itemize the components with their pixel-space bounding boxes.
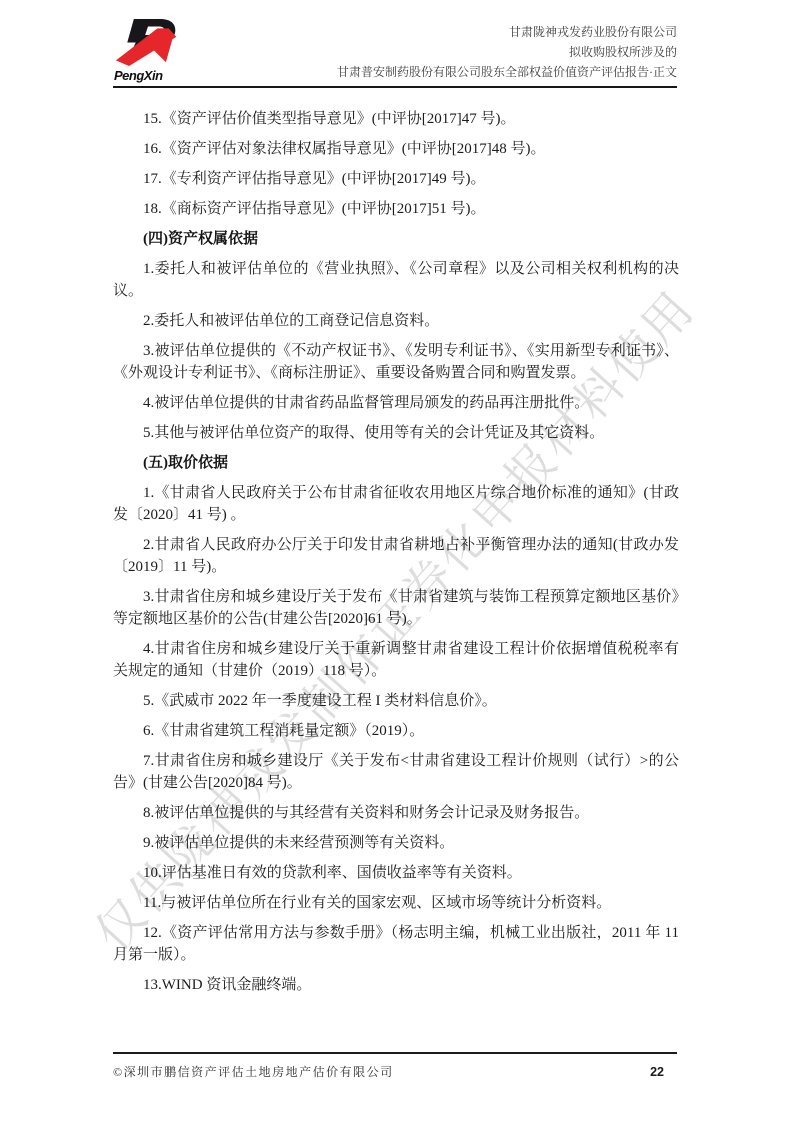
header-divider xyxy=(113,86,677,88)
pengxin-logo-wordmark: PengXin xyxy=(114,68,186,83)
page-footer: ©深圳市鹏信资产评估土地房地产估价有限公司 22 xyxy=(113,1063,677,1080)
document-page: 仅供陇神戎发制作证券化申报材料使用 PengXin 甘肃陇神戎发药业股份有限公司… xyxy=(0,0,793,1122)
section-heading: (五)取价依据 xyxy=(113,452,679,474)
list-item: 2.委托人和被评估单位的工商登记信息资料。 xyxy=(113,310,679,332)
list-item: 3.被评估单位提供的《不动产权证书》、《发明专利证书》、《实用新型专利证书》、《… xyxy=(113,340,679,384)
list-item: 6.《甘肃省建筑工程消耗量定额》（2019）。 xyxy=(113,720,679,742)
list-item: 4.甘肃省住房和城乡建设厅关于重新调整甘肃省建设工程计价依据增值税税率有关规定的… xyxy=(113,638,679,682)
list-item: 5.《武威市 2022 年一季度建设工程 I 类材料信息价》。 xyxy=(113,690,679,712)
list-item: 7.甘肃省住房和城乡建设厅《关于发布<甘肃省建设工程计价规则（试行）>的公告》(… xyxy=(113,750,679,794)
header-company-line: 甘肃陇神戎发药业股份有限公司 xyxy=(337,22,677,42)
pengxin-logo: PengXin xyxy=(114,18,186,83)
header-subject-line: 拟收购股权所涉及的 xyxy=(337,42,677,62)
list-item: 18.《商标资产评估指导意见》(中评协[2017]51 号)。 xyxy=(113,198,679,220)
list-item: 12.《资产评估常用方法与参数手册》（杨志明主编，机械工业出版社，2011 年 … xyxy=(113,922,679,966)
header-report-title-line: 甘肃普安制药股份有限公司股东全部权益价值资产评估报告·正文 xyxy=(337,62,677,82)
list-item: 5.其他与被评估单位资产的取得、使用等有关的会计凭证及其它资料。 xyxy=(113,422,679,444)
page-number: 22 xyxy=(650,1065,664,1079)
list-item: 16.《资产评估对象法律权属指导意见》(中评协[2017]48 号)。 xyxy=(113,138,679,160)
section-heading: (四)资产权属依据 xyxy=(113,228,679,250)
list-item: 1.《甘肃省人民政府关于公布甘肃省征收农用地区片综合地价标准的通知》(甘政发〔2… xyxy=(113,482,679,526)
list-item: 11.与被评估单位所在行业有关的国家宏观、区域市场等统计分析资料。 xyxy=(113,892,679,914)
list-item: 4.被评估单位提供的甘肃省药品监督管理局颁发的药品再注册批件。 xyxy=(113,392,679,414)
pengxin-logo-icon xyxy=(114,18,186,67)
list-item: 15.《资产评估价值类型指导意见》(中评协[2017]47 号)。 xyxy=(113,108,679,130)
list-item: 3.甘肃省住房和城乡建设厅关于发布《甘肃省建筑与装饰工程预算定额地区基价》等定额… xyxy=(113,586,679,630)
list-item: 2.甘肃省人民政府办公厅关于印发甘肃省耕地占补平衡管理办法的通知(甘政办发〔20… xyxy=(113,534,679,578)
list-item: 10.评估基准日有效的贷款利率、国债收益率等有关资料。 xyxy=(113,862,679,884)
document-body: 15.《资产评估价值类型指导意见》(中评协[2017]47 号)。 16.《资产… xyxy=(113,108,679,1004)
list-item: 9.被评估单位提供的未来经营预测等有关资料。 xyxy=(113,832,679,854)
footer-company: ©深圳市鹏信资产评估土地房地产估价有限公司 xyxy=(113,1063,394,1080)
list-item: 1.委托人和被评估单位的《营业执照》、《公司章程》以及公司相关权利机构的决议。 xyxy=(113,258,679,302)
list-item: 17.《专利资产评估指导意见》(中评协[2017]49 号)。 xyxy=(113,168,679,190)
footer-divider xyxy=(113,1052,677,1054)
list-item: 8.被评估单位提供的与其经营有关资料和财务会计记录及财务报告。 xyxy=(113,802,679,824)
list-item: 13.WIND 资讯金融终端。 xyxy=(113,974,679,996)
report-header: 甘肃陇神戎发药业股份有限公司 拟收购股权所涉及的 甘肃普安制药股份有限公司股东全… xyxy=(337,22,677,82)
